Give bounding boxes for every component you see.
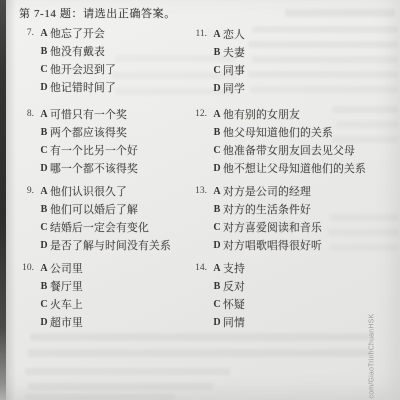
bleedthrough-line — [28, 383, 213, 390]
option-row: C怀疑 — [193, 295, 393, 313]
option-row: B夫妻 — [193, 43, 393, 61]
bleedthrough-line — [25, 368, 230, 375]
option-letter: D — [211, 240, 223, 251]
option-letter: D — [38, 317, 50, 328]
option-letter: B — [38, 281, 50, 292]
option-letter: B — [211, 204, 223, 215]
question-number: 7. — [20, 28, 34, 38]
option-text: 同情 — [223, 315, 245, 330]
question-number: 10. — [20, 263, 34, 273]
option-row: B他没有戴表 — [20, 42, 192, 60]
option-row: D他不想让父母知道他们的关系 — [193, 160, 393, 178]
question-block-14: 14.A支持B反对C怀疑D同情 — [193, 259, 393, 332]
option-text: 餐厅里 — [50, 279, 83, 294]
question-number: 9. — [20, 186, 34, 196]
option-row: D是否了解与时间没有关系 — [20, 237, 192, 255]
option-text: 可惜只有一个奖 — [50, 107, 127, 122]
option-row: B反对 — [193, 277, 393, 295]
option-text: 公司里 — [50, 261, 83, 276]
option-text: 两个都应该得奖 — [50, 125, 127, 140]
question-block-7: 7.A他忘了开会B他没有戴表C他开会迟到了D他记错时间了 — [20, 24, 192, 97]
bleedthrough-line — [285, 9, 395, 17]
book-page: 第 7-14 题：请选出正确答案。 7.A他忘了开会B他没有戴表C他开会迟到了D… — [0, 0, 400, 400]
option-row: D他记错时间了 — [20, 79, 192, 97]
option-text: 怀疑 — [223, 297, 245, 312]
option-letter: D — [211, 83, 223, 94]
option-row: C他准备带女朋友回去见父母 — [193, 141, 393, 159]
option-row: 7.A他忘了开会 — [20, 24, 192, 42]
option-text: 对方唱歌唱得很好听 — [223, 238, 322, 253]
section-instruction: 第 7-14 题：请选出正确答案。 — [19, 5, 176, 21]
option-row: C结婚后一定会有变化 — [20, 218, 192, 236]
option-letter: B — [211, 47, 223, 58]
option-row: C他开会迟到了 — [20, 60, 192, 78]
option-text: 他忘了开会 — [50, 26, 105, 41]
option-letter: C — [211, 222, 223, 233]
option-text: 他准备带女朋友回去见父母 — [223, 143, 355, 158]
question-number: 14. — [193, 263, 207, 273]
option-letter: A — [211, 109, 223, 120]
option-letter: C — [211, 299, 223, 310]
option-letter: A — [38, 263, 50, 274]
option-text: 反对 — [223, 279, 245, 294]
option-letter: D — [38, 163, 50, 174]
bleedthrough-line — [28, 349, 372, 357]
option-text: 有一个比另一个好 — [50, 143, 138, 158]
option-text: 对方的生活条件好 — [223, 202, 311, 217]
question-block-8: 8.A可惜只有一个奖B两个都应该得奖C有一个比另一个好D哪一个都不该得奖 — [20, 105, 192, 178]
option-letter: A — [211, 263, 223, 274]
bleedthrough-line — [30, 333, 370, 341]
option-row: 8.A可惜只有一个奖 — [20, 105, 192, 123]
option-row: C火车上 — [20, 295, 192, 313]
option-text: 哪一个都不该得奖 — [50, 161, 138, 176]
option-row: 12.A他有别的女朋友 — [193, 105, 393, 123]
watermark-text: com/GiaoTrinhChuanHSK — [368, 315, 377, 399]
option-letter: C — [38, 222, 50, 233]
option-row: D哪一个都不该得奖 — [20, 160, 192, 178]
option-row: B对方的生活条件好 — [193, 200, 393, 218]
bleedthrough-line — [25, 394, 175, 400]
option-row: 9.A他们认识很久了 — [20, 182, 192, 200]
option-letter: B — [38, 204, 50, 215]
option-letter: C — [211, 65, 223, 76]
option-text: 他不想让父母知道他们的关系 — [223, 161, 366, 176]
option-letter: B — [38, 46, 50, 57]
option-letter: A — [211, 29, 223, 40]
page-edge-gradient — [6, 0, 16, 400]
option-letter: A — [38, 186, 50, 197]
option-text: 他没有戴表 — [50, 44, 105, 59]
option-text: 他开会迟到了 — [50, 62, 116, 77]
option-row: D同学 — [193, 80, 393, 98]
option-text: 他记错时间了 — [50, 80, 116, 95]
question-block-13: 13.A对方是公司的经理B对方的生活条件好C对方喜爱阅读和音乐D对方唱歌唱得很好… — [193, 182, 393, 255]
option-letter: D — [211, 163, 223, 174]
option-letter: D — [38, 82, 50, 93]
option-row: C有一个比另一个好 — [20, 141, 192, 159]
question-number: 8. — [20, 109, 34, 119]
option-row: B他们可以婚后了解 — [20, 200, 192, 218]
question-block-10: 10.A公司里B餐厅里C火车上D超市里 — [20, 259, 192, 332]
option-row: 13.A对方是公司的经理 — [193, 182, 393, 200]
option-row: B他父母知道他们的关系 — [193, 123, 393, 141]
option-row: C同事 — [193, 61, 393, 79]
option-text: 对方喜爱阅读和音乐 — [223, 220, 322, 235]
option-letter: A — [211, 186, 223, 197]
option-text: 恋人 — [223, 27, 245, 42]
option-text: 火车上 — [50, 297, 83, 312]
question-number: 13. — [193, 186, 207, 196]
option-text: 支持 — [223, 261, 245, 276]
option-letter: B — [38, 127, 50, 138]
option-row: D对方唱歌唱得很好听 — [193, 237, 393, 255]
option-text: 同学 — [223, 81, 245, 96]
option-text: 他有别的女朋友 — [223, 107, 300, 122]
option-row: B餐厅里 — [20, 277, 192, 295]
option-letter: B — [211, 281, 223, 292]
option-row: 14.A支持 — [193, 259, 393, 277]
option-letter: A — [38, 28, 50, 39]
option-row: B两个都应该得奖 — [20, 123, 192, 141]
question-block-9: 9.A他们认识很久了B他们可以婚后了解C结婚后一定会有变化D是否了解与时间没有关… — [20, 182, 192, 255]
option-text: 超市里 — [50, 315, 83, 330]
option-text: 同事 — [223, 63, 245, 78]
option-letter: D — [211, 317, 223, 328]
option-letter: A — [38, 109, 50, 120]
option-text: 他们可以婚后了解 — [50, 202, 138, 217]
option-row: D同情 — [193, 314, 393, 332]
option-row: 10.A公司里 — [20, 259, 192, 277]
option-letter: C — [38, 145, 50, 156]
option-row: 11.A恋人 — [193, 25, 393, 43]
option-text: 是否了解与时间没有关系 — [50, 238, 171, 253]
question-block-12: 12.A他有别的女朋友B他父母知道他们的关系C他准备带女朋友回去见父母D他不想让… — [193, 105, 393, 178]
option-text: 夫妻 — [223, 45, 245, 60]
question-number: 12. — [193, 109, 207, 119]
option-row: C对方喜爱阅读和音乐 — [193, 218, 393, 236]
option-letter: B — [211, 127, 223, 138]
option-row: D超市里 — [20, 314, 192, 332]
option-text: 他父母知道他们的关系 — [223, 125, 333, 140]
option-text: 结婚后一定会有变化 — [50, 220, 149, 235]
option-letter: C — [211, 145, 223, 156]
option-text: 他们认识很久了 — [50, 184, 127, 199]
option-letter: C — [38, 64, 50, 75]
option-letter: C — [38, 299, 50, 310]
question-block-11: 11.A恋人B夫妻C同事D同学 — [193, 25, 393, 98]
question-number: 11. — [193, 29, 207, 39]
option-text: 对方是公司的经理 — [223, 184, 311, 199]
option-letter: D — [38, 240, 50, 251]
